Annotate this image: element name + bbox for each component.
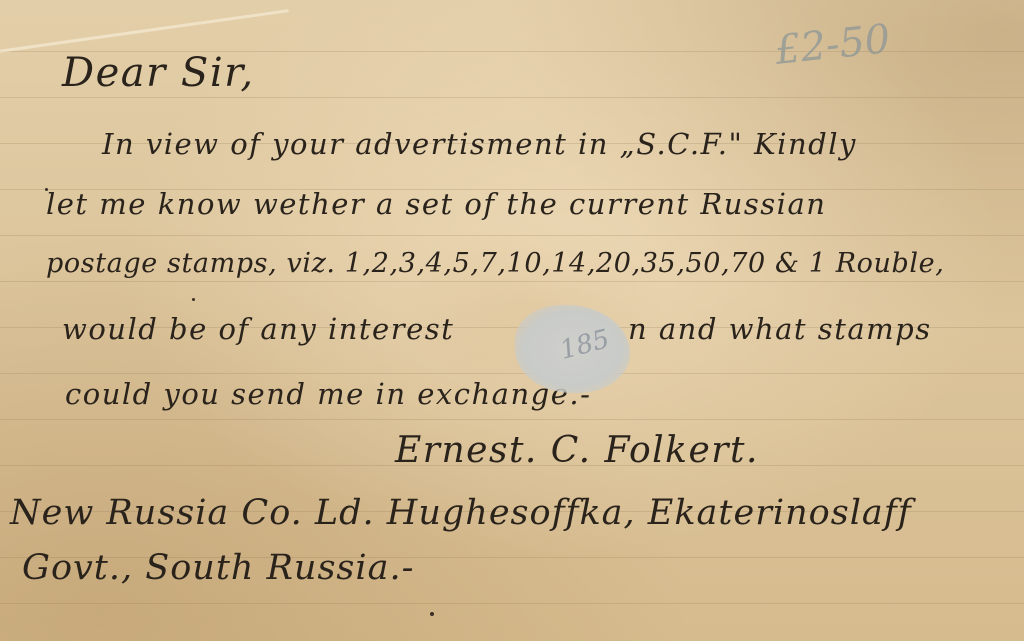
body-line-2: let me know wether a set of the current … — [46, 187, 826, 221]
ink-dot — [45, 188, 48, 191]
ink-dot — [192, 298, 195, 301]
signature: Ernest. C. Folkert. — [395, 430, 759, 471]
paper-crease — [0, 9, 289, 54]
address-line-2: Govt., South Russia.- — [22, 548, 414, 588]
pencil-price-note: £2-50 — [773, 16, 892, 74]
ink-dot — [430, 612, 434, 616]
greeting: Dear Sir, — [62, 50, 255, 96]
body-line-1: In view of your advertisment in „S.C.F."… — [102, 127, 857, 161]
body-line-3: postage stamps, viz. 1,2,3,4,5,7,10,14,2… — [46, 248, 944, 279]
body-line-4a: would be of any interest — [62, 312, 454, 346]
body-line-4b: n and what stamps — [628, 312, 932, 346]
address-line-1: New Russia Co. Ld. Hughesoffka, Ekaterin… — [10, 493, 912, 533]
postcard: £2-50 Dear Sir, In view of your advertis… — [0, 0, 1024, 641]
body-line-5: could you send me in exchange.- — [65, 377, 591, 411]
